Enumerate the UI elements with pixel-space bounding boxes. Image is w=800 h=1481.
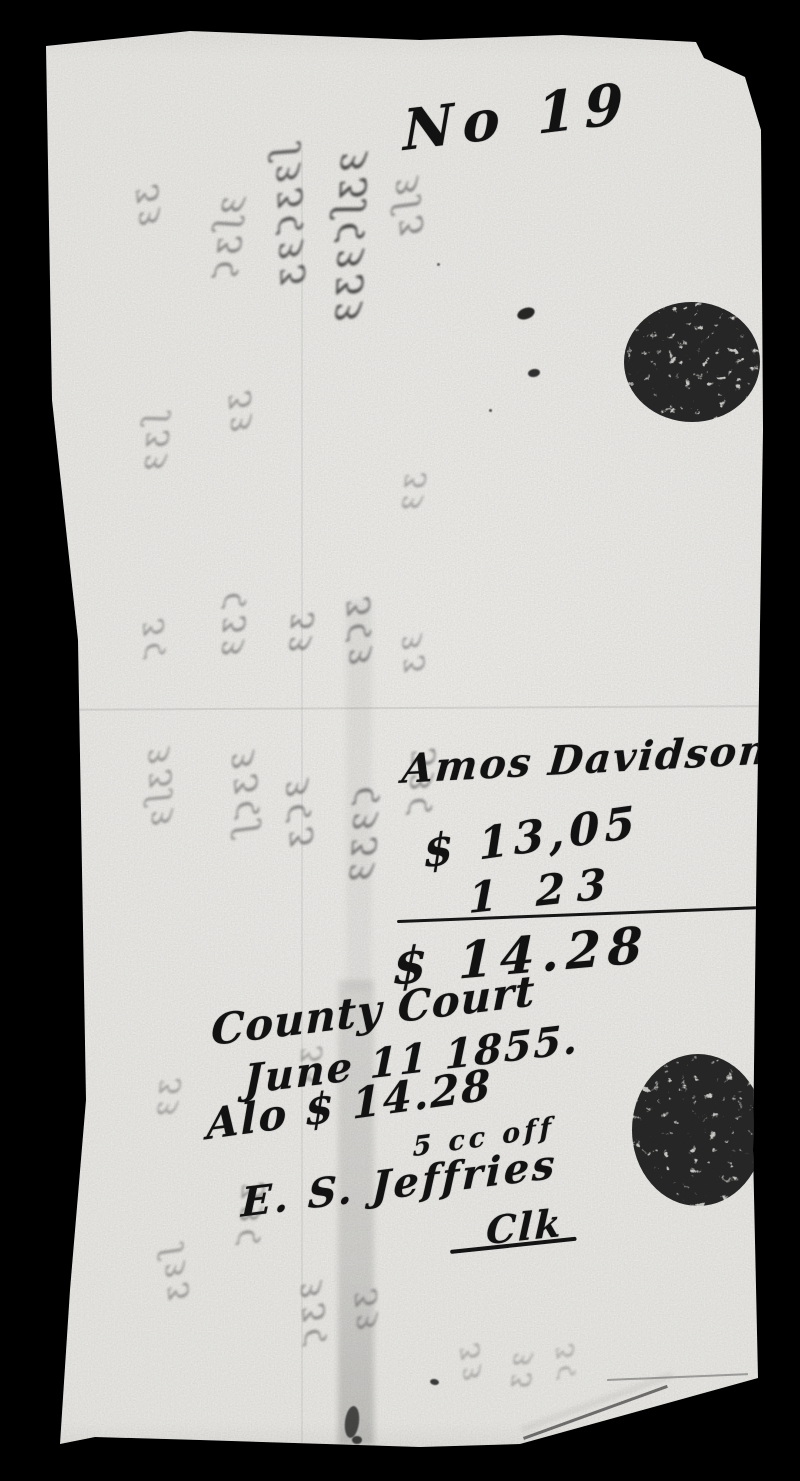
bleed-through-writing: ʒϛ <box>134 619 166 667</box>
bleed-through-writing: ȝʒʃϛȝʒȝ <box>325 151 367 328</box>
bleed-through-writing: ʒȝ <box>128 185 163 234</box>
bleed-through-writing: ʒȝ <box>220 391 253 440</box>
bleed-through-writing: ȝʒʃȝ <box>140 747 174 833</box>
bleed-through-writing: ʃȝʒϛȝʒ <box>265 147 304 292</box>
ink-speck <box>489 409 492 412</box>
fold-crease-line <box>523 1385 668 1439</box>
horizontal-crease <box>46 705 762 711</box>
bleed-through-writing: ȝʒ <box>393 634 424 680</box>
bleed-through-writing: ʃȝʒ <box>155 1247 189 1309</box>
ink-smudge-streak <box>346 600 372 990</box>
bleed-through-writing: ʒϛ <box>548 1344 575 1387</box>
ink-speck <box>343 1405 361 1438</box>
bleed-through-writing: ʃʒȝ <box>136 414 170 478</box>
ink-speck <box>430 1378 440 1385</box>
bleed-through-writing: ʒȝ <box>280 611 314 660</box>
payee-name: Amos Davidson <box>400 726 771 793</box>
bleed-through-writing: ϛȝʒȝ <box>338 785 379 889</box>
ink-speck <box>352 1436 362 1444</box>
ink-blot-bottom-right <box>626 1048 778 1216</box>
bleed-through-writing: ȝʒϛ <box>292 1281 328 1354</box>
bleed-through-writing: ȝʃʒϛ <box>203 195 244 287</box>
bleed-through-writing: ȝϛʒ <box>275 779 312 855</box>
bleed-through-writing: ʒȝ <box>148 1077 180 1124</box>
fold-crease-line <box>607 1373 748 1381</box>
document-number: No 19 <box>402 70 632 165</box>
fold-shadow <box>520 1370 673 1432</box>
bleed-through-writing: ϛʒȝ <box>213 591 247 663</box>
scanner-bed: ʒȝʃʒȝʒϛȝʒʃȝʒȝʃȝʒȝʃʒϛʒȝϛʒȝȝʒϛʃʒȝϛʃȝʒϛȝʒʒȝ… <box>0 0 800 1481</box>
bleed-through-writing: ȝʒϛʃ <box>221 751 261 843</box>
vertical-crease <box>301 150 303 1445</box>
bleed-through-writing: ʒȝ <box>346 1289 379 1338</box>
bleed-through-writing: ȝʃʒ <box>385 177 422 244</box>
bleed-through-writing: ʒȝ <box>452 1343 484 1388</box>
ink-speck <box>516 305 537 321</box>
document-paper: ʒȝʃʒȝʒϛȝʒʃȝʒȝʃȝʒȝʃʒϛʒȝϛʒȝȝʒϛʃʒȝϛʃȝʒϛȝʒʒȝ… <box>0 0 800 1481</box>
ink-speck <box>527 368 540 378</box>
ink-speck <box>437 263 440 266</box>
bleed-through-writing: ʒϛȝ <box>336 597 372 672</box>
bleed-through-writing: ȝʒ <box>503 1351 533 1396</box>
bleed-through-writing: ʒȝ <box>393 471 425 518</box>
ink-blot-top-right <box>618 298 770 434</box>
